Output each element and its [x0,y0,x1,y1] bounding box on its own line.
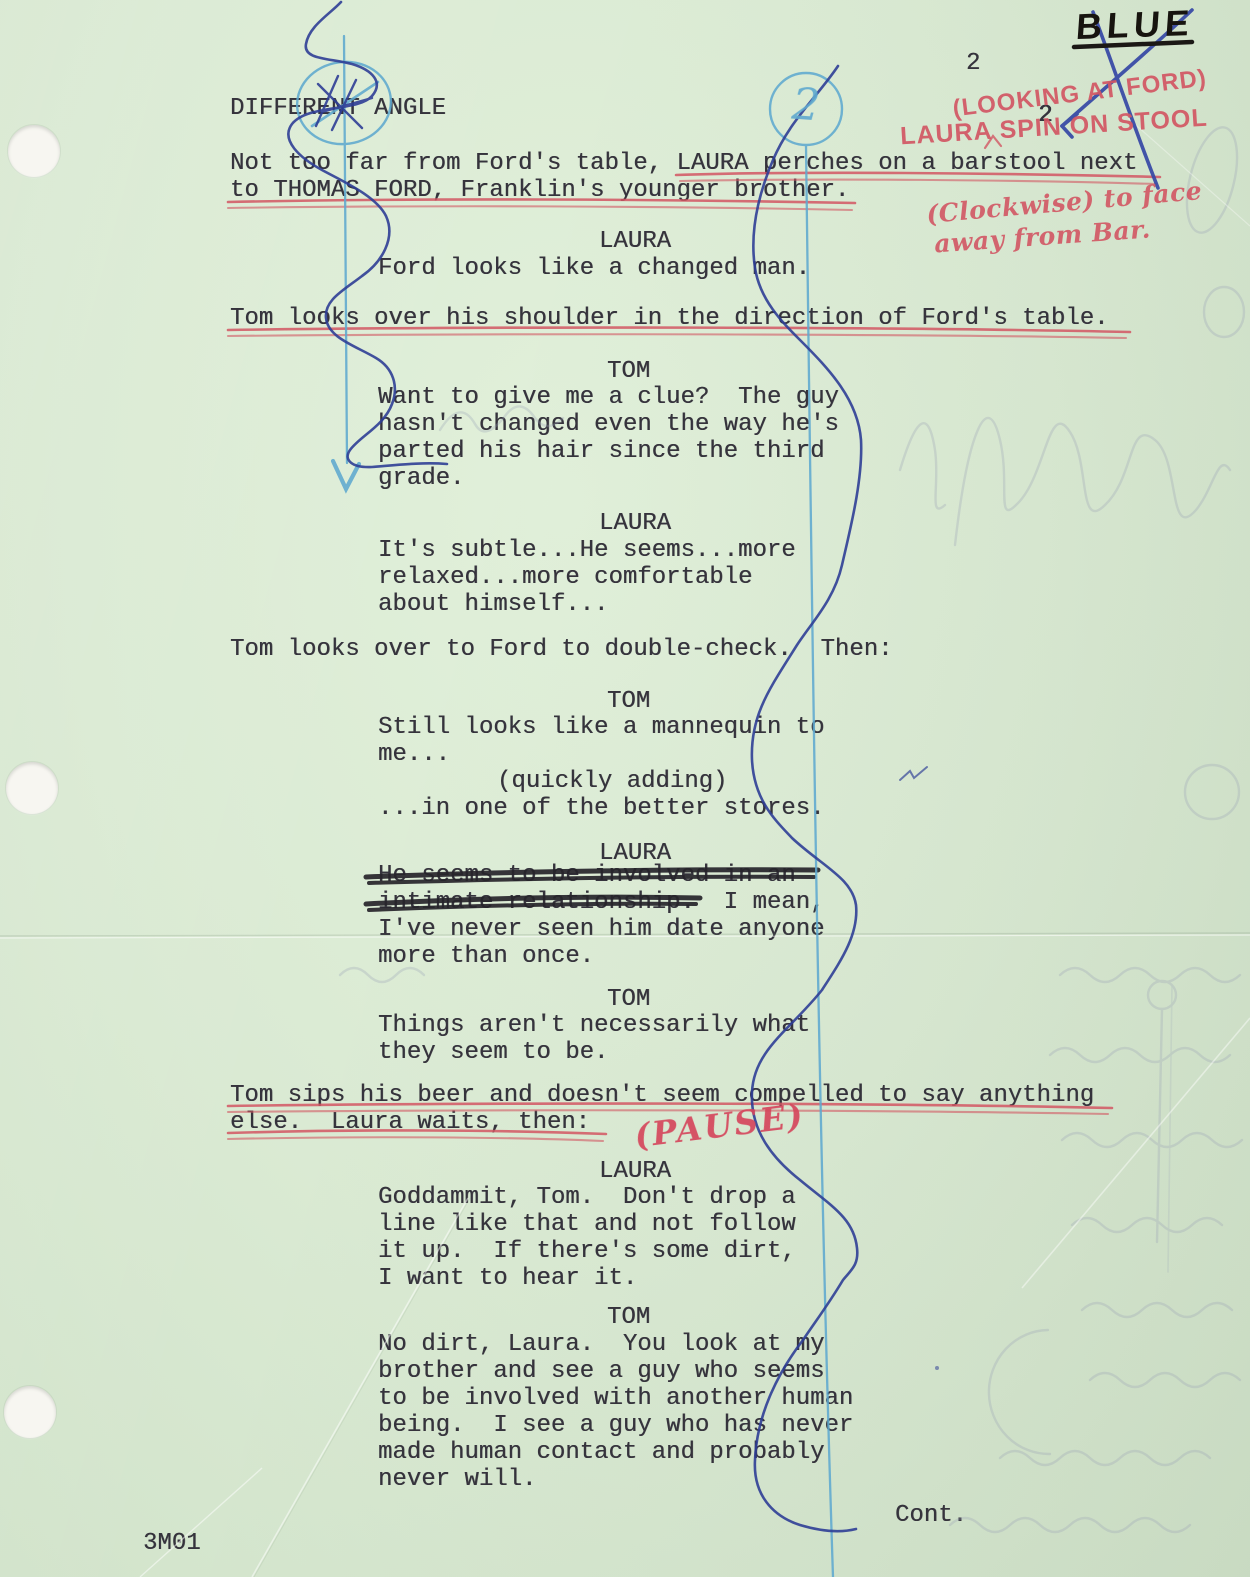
character-cue-tom: TOM [607,1304,650,1331]
action-paragraph-2: Tom looks over his shoulder in the direc… [230,305,1109,332]
dialogue-laura-2: It's subtle...He seems...more relaxed...… [378,537,796,618]
script-page: DIFFERENT ANGLE Not too far from Ford's … [0,0,1250,1577]
parenthetical-tom-2: (quickly adding) [497,768,727,795]
dialogue-laura-1: Ford looks like a changed man. [378,255,810,282]
circled-scene-number: 2 [790,79,821,132]
action-paragraph-3: Tom looks over to Ford to double-check. … [230,636,893,663]
dialogue-laura-4: Goddammit, Tom. Don't drop a line like t… [378,1184,796,1292]
dialogue-laura-3-line2: intimate relationship. I mean, [378,889,824,916]
dialogue-tom-3: Things aren't necessarily what they seem… [378,1012,810,1066]
dialogue-tom-1: Want to give me a clue? The guy hasn't c… [378,384,839,492]
dialogue-laura-3-struck: He seems to be involved in an [378,862,796,889]
page-number: 2 [966,50,980,77]
dialogue-tom-4: No dirt, Laura. You look at my brother a… [378,1331,853,1493]
character-cue-tom: TOM [607,986,650,1013]
marker-note-blue: BLUE [1075,2,1196,48]
scene-heading: DIFFERENT ANGLE [230,95,446,122]
pen-dot [935,1366,939,1370]
dialogue-tom-2-cont: ...in one of the better stores. [378,795,824,822]
punch-hole-middle [6,762,58,814]
character-cue-laura: LAURA [599,510,671,537]
footer-code: 3M01 [143,1530,201,1557]
character-cue-laura: LAURA [599,1158,671,1185]
arrowhead-down [333,461,359,489]
dialogue-laura-3-rest: I've never seen him date anyone more tha… [378,916,824,970]
continued-note: Cont. [895,1502,967,1529]
character-cue-laura: LAURA [599,228,671,255]
character-cue-tom: TOM [607,358,650,385]
punch-hole-bottom [4,1386,56,1438]
punch-hole-top [8,125,60,177]
dialogue-tom-2: Still looks like a mannequin to me... [378,714,824,768]
bleed-through-scribbles [340,122,1246,1532]
character-cue-tom: TOM [607,688,650,715]
small-pen-scribble [900,767,927,780]
